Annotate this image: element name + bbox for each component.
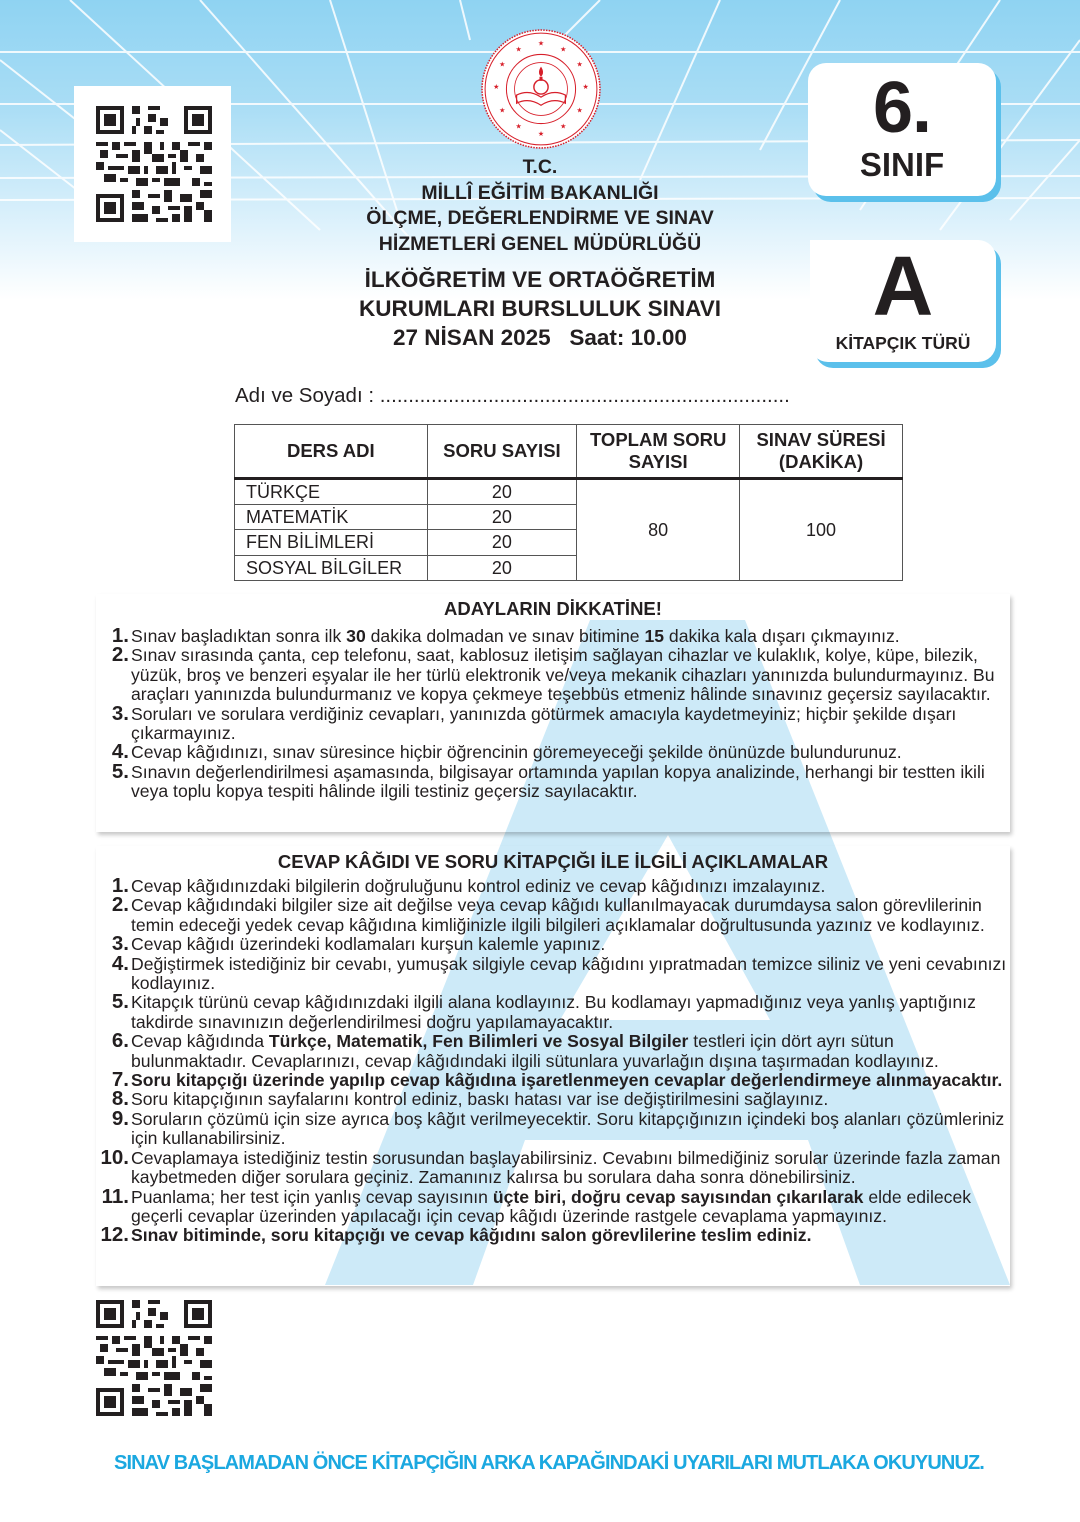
rule-text: Sınavın değerlendirilmesi aşamasında, bi…	[131, 762, 985, 801]
rule-item: 2.Cevap kâğıdındaki bilgiler size ait de…	[96, 896, 1010, 935]
title-line: MİLLÎ EĞİTİM BAKANLIĞI	[300, 181, 780, 207]
question-count: 20	[427, 555, 577, 581]
rule-text: Sınav sırasında çanta, cep telefonu, saa…	[131, 645, 995, 704]
footer-warning: SINAV BAŞLAMADAN ÖNCE KİTAPÇIĞIN ARKA KA…	[0, 1452, 1080, 1475]
rule-text: Soruların çözümü için size ayrıca boş kâ…	[131, 1109, 1004, 1148]
qr-code-top[interactable]	[74, 86, 231, 242]
rule-text: Cevap kâğıdındaki bilgiler size ait deği…	[131, 895, 985, 934]
exam-date-time: 27 NİSAN 2025 Saat: 10.00	[300, 323, 780, 352]
table-row: TÜRKÇE 20 80 100	[235, 479, 903, 505]
rule-number: 5.	[112, 992, 129, 1012]
svg-text:★: ★	[560, 45, 566, 53]
answer-sheet-notes-panel: CEVAP KÂĞIDI VE SORU KİTAPÇIĞI İLE İLGİL…	[96, 846, 1010, 1286]
column-header-text: SINAV SÜRESİ (DAKİKA)	[756, 429, 886, 473]
rule-text: dakika dolmadan ve sınav bitimine	[366, 626, 645, 646]
name-field-label: Adı ve Soyadı :	[235, 384, 374, 407]
rule-text: Cevaplamaya istediğiniz testin sorusunda…	[131, 1148, 1000, 1187]
rule-text: Cevap kâğıdınızı, sınav süresince hiçbir…	[131, 742, 902, 762]
svg-text:★: ★	[538, 130, 544, 138]
rule-number: 9.	[112, 1109, 129, 1129]
svg-text:★: ★	[515, 123, 521, 131]
answer-sheet-notes-list: 1.Cevap kâğıdınızdaki bilgilerin doğrulu…	[96, 877, 1010, 1246]
title-line: ÖLÇME, DEĞERLENDİRME VE SINAV	[300, 206, 780, 232]
name-field-dots[interactable]: ........................................…	[380, 384, 790, 407]
booklet-type-card: A KİTAPÇIK TÜRÜ	[810, 240, 996, 362]
svg-text:★: ★	[499, 106, 505, 114]
rule-emphasis: üçte biri, doğru cevap sayısından çıkarı…	[493, 1187, 864, 1207]
answer-sheet-notes-title: CEVAP KÂĞIDI VE SORU KİTAPÇIĞI İLE İLGİL…	[96, 851, 1010, 873]
qr-code-icon	[96, 1300, 212, 1416]
rule-text: Sınav başladıktan sonra ilk	[131, 626, 346, 646]
rule-text: Sınav bitiminde, soru kitapçığı ve cevap…	[131, 1225, 812, 1245]
booklet-type-label: KİTAPÇIK TÜRÜ	[810, 332, 996, 354]
subject-name: FEN BİLİMLERİ	[235, 530, 428, 556]
rule-text: Soruları ve sorulara verdiğiniz cevaplar…	[131, 704, 956, 743]
document-title-block: T.C. MİLLÎ EĞİTİM BAKANLIĞI ÖLÇME, DEĞER…	[300, 155, 780, 352]
subject-name: SOSYAL BİLGİLER	[235, 555, 428, 581]
column-header: TOPLAM SORU SAYISI	[577, 425, 740, 479]
rule-item: 1.Cevap kâğıdınızdaki bilgilerin doğrulu…	[96, 877, 1010, 896]
rule-item: 12.Sınav bitiminde, soru kitapçığı ve ce…	[96, 1226, 1010, 1245]
rule-number: 6.	[112, 1031, 129, 1051]
svg-text:★: ★	[576, 61, 582, 69]
rule-item: 8.Soru kitapçığının sayfalarını kontrol …	[96, 1090, 1010, 1109]
rule-text: Cevap kâğıdınızdaki bilgilerin doğruluğu…	[131, 876, 825, 896]
rule-item: 4.Değiştirmek istediğiniz bir cevabı, yu…	[96, 955, 1010, 994]
rule-item: 3.Soruları ve sorulara verdiğiniz cevapl…	[96, 705, 1010, 744]
rule-emphasis: 30	[346, 626, 366, 646]
ministry-emblem-icon: ★ ★ ★ ★ ★ ★ ★ ★ ★ ★ ★ ★	[480, 28, 602, 150]
grade-number: 6.	[808, 69, 996, 147]
rule-number: 5.	[112, 762, 129, 782]
rule-item: 2.Sınav sırasında çanta, cep telefonu, s…	[96, 646, 1010, 704]
rule-item: 1.Sınav başladıktan sonra ilk 30 dakika …	[96, 627, 1010, 646]
rule-number: 3.	[112, 704, 129, 724]
rule-text: Cevap kâğıdı üzerindeki kodlamaları kurş…	[131, 934, 605, 954]
rule-number: 2.	[112, 645, 129, 665]
rule-emphasis: Türkçe, Matematik, Fen Bilimleri ve Sosy…	[269, 1031, 688, 1051]
subject-name: TÜRKÇE	[235, 479, 428, 505]
rule-item: 11.Puanlama; her test için yanlış cevap …	[96, 1188, 1010, 1227]
rule-number: 11.	[102, 1187, 129, 1207]
column-header-text: TOPLAM SORU SAYISI	[583, 429, 733, 473]
rule-item: 3.Cevap kâğıdı üzerindeki kodlamaları ku…	[96, 935, 1010, 954]
subject-name: MATEMATİK	[235, 504, 428, 530]
grade-card: 6. SINIF	[808, 63, 996, 196]
exam-name-line: KURUMLARI BURSLULUK SINAVI	[300, 294, 780, 323]
column-header: SINAV SÜRESİ (DAKİKA)	[740, 425, 903, 479]
qr-code-icon	[96, 106, 212, 222]
rule-item: 5.Kitapçık türünü cevap kâğıdınızdaki il…	[96, 993, 1010, 1032]
rule-item: 7.Soru kitapçığı üzerinde yapılıp cevap …	[96, 1071, 1010, 1090]
rule-item: 6.Cevap kâğıdında Türkçe, Matematik, Fen…	[96, 1032, 1010, 1071]
candidate-notice-title: ADAYLARIN DİKKATİNE!	[96, 598, 1010, 620]
rule-text: dakika kala dışarı çıkmayınız.	[664, 626, 900, 646]
subject-table: DERS ADI SORU SAYISI TOPLAM SORU SAYISI …	[234, 424, 903, 581]
svg-text:★: ★	[499, 61, 505, 69]
rule-number: 2.	[112, 895, 129, 915]
rule-item: 5.Sınavın değerlendirilmesi aşamasında, …	[96, 763, 1010, 802]
name-field[interactable]: Adı ve Soyadı : ........................…	[235, 384, 790, 408]
question-count: 20	[427, 479, 577, 505]
rule-number: 4.	[112, 954, 129, 974]
rule-text: Soru kitapçığının sayfalarını kontrol ed…	[131, 1089, 828, 1109]
column-header: SORU SAYISI	[427, 425, 577, 479]
title-line: T.C.	[300, 155, 780, 181]
rule-item: 9.Soruların çözümü için size ayrıca boş …	[96, 1110, 1010, 1149]
title-line: HİZMETLERİ GENEL MÜDÜRLÜĞÜ	[300, 232, 780, 258]
rule-text: Soru kitapçığı üzerinde yapılıp cevap kâ…	[131, 1070, 1002, 1090]
exam-name-line: İLKÖĞRETİM VE ORTAÖĞRETİM	[300, 265, 780, 294]
rule-item: 10.Cevaplamaya istediğiniz testin sorusu…	[96, 1149, 1010, 1188]
rule-text: Değiştirmek istediğiniz bir cevabı, yumu…	[131, 954, 1006, 993]
qr-code-bottom[interactable]	[96, 1300, 214, 1416]
svg-text:★: ★	[583, 83, 589, 91]
svg-text:★: ★	[515, 45, 521, 53]
candidate-notice-list: 1.Sınav başladıktan sonra ilk 30 dakika …	[96, 627, 1010, 802]
column-header: DERS ADI	[235, 425, 428, 479]
rule-item: 4.Cevap kâğıdınızı, sınav süresince hiçb…	[96, 743, 1010, 762]
svg-text:★: ★	[538, 39, 544, 47]
booklet-type-letter: A	[810, 244, 996, 328]
rule-text: Kitapçık türünü cevap kâğıdınızdaki ilgi…	[131, 992, 976, 1031]
rule-emphasis: 15	[644, 626, 664, 646]
question-count: 20	[427, 530, 577, 556]
question-count: 20	[427, 504, 577, 530]
candidate-notice-panel: ADAYLARIN DİKKATİNE! 1.Sınav başladıktan…	[96, 594, 1010, 832]
rule-text: Puanlama; her test için yanlış cevap say…	[131, 1187, 493, 1207]
total-questions: 80	[577, 479, 740, 581]
rule-number: 12.	[101, 1225, 130, 1245]
svg-text:★: ★	[493, 83, 499, 91]
svg-text:★: ★	[560, 123, 566, 131]
rule-text: Cevap kâğıdında	[131, 1031, 269, 1051]
rule-number: 10.	[101, 1148, 130, 1168]
grade-label: SINIF	[808, 147, 996, 183]
exam-duration: 100	[740, 479, 903, 581]
svg-text:★: ★	[576, 106, 582, 114]
